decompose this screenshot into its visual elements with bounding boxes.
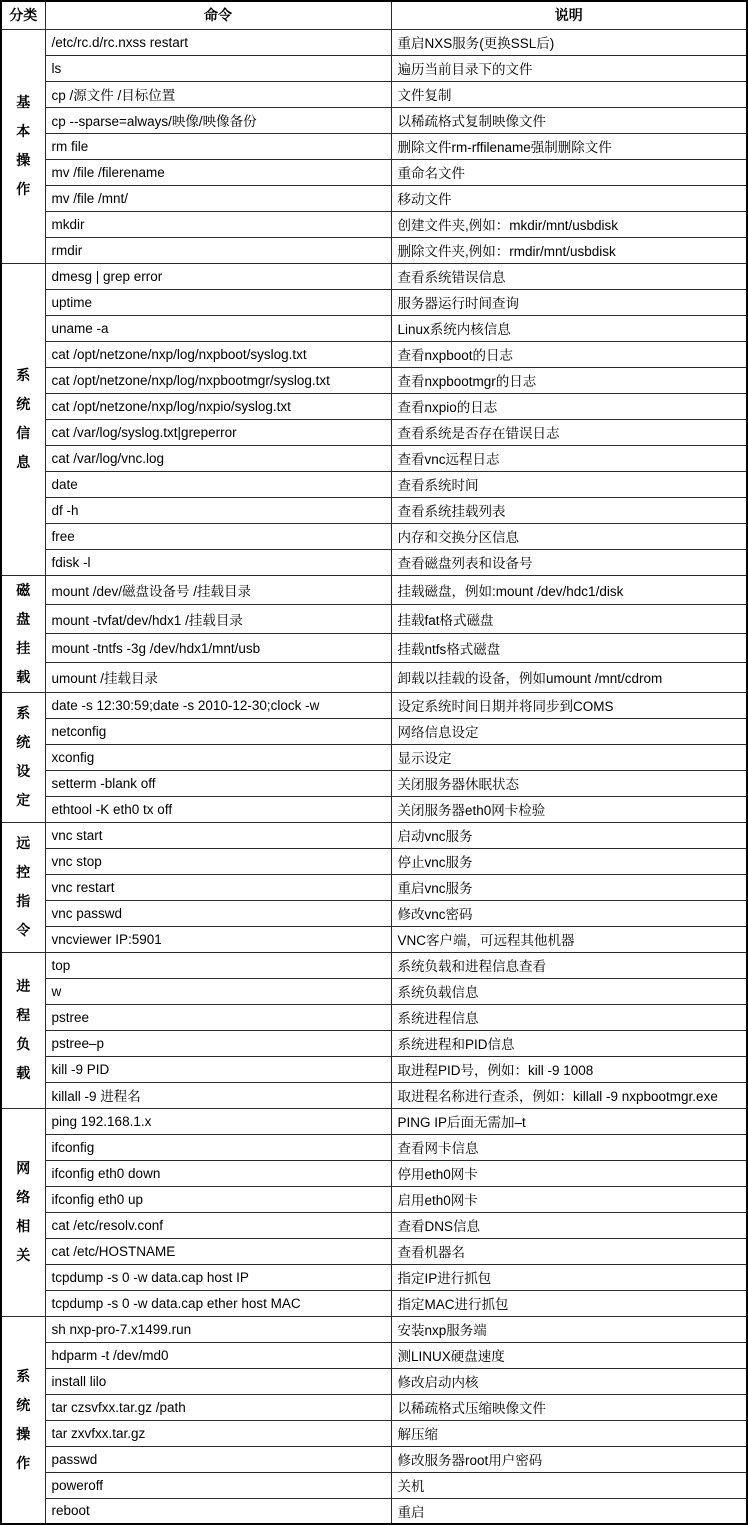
linux-commands-table: 分类 命令 说明 基本操作/etc/rc.d/rc.nxss restart重启… (0, 0, 748, 1525)
table-row: mount -tvfat/dev/hdx1 /挂载目录挂载fat格式磁盘 (1, 604, 747, 633)
table-row: cat /etc/resolv.conf查看DNS信息 (1, 1212, 747, 1238)
table-row: kill -9 PID取进程PID号，例如：kill -9 1008 (1, 1056, 747, 1082)
category-char: 相 (2, 1212, 45, 1241)
description-cell: 取进程名称进行查杀，例如：killall -9 nxpbootmgr.exe (391, 1082, 747, 1108)
description-cell: 测LINUX硬盘速度 (391, 1342, 747, 1368)
command-cell: dmesg | grep error (45, 263, 391, 289)
table-row: vnc passwd修改vnc密码 (1, 900, 747, 926)
description-cell: 系统进程和PID信息 (391, 1030, 747, 1056)
category-char: 操 (2, 1420, 45, 1449)
command-cell: vncviewer IP:5901 (45, 926, 391, 952)
description-cell: 解压缩 (391, 1420, 747, 1446)
description-cell: 重命名文件 (391, 159, 747, 185)
table-row: ifconfig查看网卡信息 (1, 1134, 747, 1160)
command-cell: tcpdump -s 0 -w data.cap host IP (45, 1264, 391, 1290)
table-row: free内存和交换分区信息 (1, 523, 747, 549)
table-body: 基本操作/etc/rc.d/rc.nxss restart重启NXS服务(更换S… (1, 29, 747, 1524)
command-cell: xconfig (45, 744, 391, 770)
description-cell: 删除文件rm-rffilename强制删除文件 (391, 133, 747, 159)
category-char: 统 (2, 1391, 45, 1420)
description-cell: 查看机器名 (391, 1238, 747, 1264)
table-row: 磁盘挂载mount /dev/磁盘设备号 /挂载目录挂载磁盘，例如:mount … (1, 575, 747, 604)
description-cell: 服务器运行时间查询 (391, 289, 747, 315)
category-char: 系 (2, 361, 45, 390)
category-char: 基 (2, 88, 45, 117)
description-cell: 移动文件 (391, 185, 747, 211)
description-cell: 重启vnc服务 (391, 874, 747, 900)
category-cell: 磁盘挂载 (1, 575, 45, 692)
table-row: fdisk -l查看磁盘列表和设备号 (1, 549, 747, 575)
table-row: tar zxvfxx.tar.gz解压缩 (1, 1420, 747, 1446)
table-row: tcpdump -s 0 -w data.cap host IP指定IP进行抓包 (1, 1264, 747, 1290)
table-row: uname -aLinux系统内核信息 (1, 315, 747, 341)
description-cell: 挂载fat格式磁盘 (391, 604, 747, 633)
description-cell: 查看nxpbootmgr的日志 (391, 367, 747, 393)
command-cell: mount /dev/磁盘设备号 /挂载目录 (45, 575, 391, 604)
category-cell: 系统操作 (1, 1316, 45, 1524)
command-cell: free (45, 523, 391, 549)
category-char: 程 (2, 1001, 45, 1030)
command-cell: vnc passwd (45, 900, 391, 926)
description-cell: 重启 (391, 1498, 747, 1524)
table-row: tar czsvfxx.tar.gz /path以稀疏格式压缩映像文件 (1, 1394, 747, 1420)
command-cell: sh nxp-pro-7.x1499.run (45, 1316, 391, 1342)
command-cell: mkdir (45, 211, 391, 237)
command-cell: rm file (45, 133, 391, 159)
command-cell: cat /opt/netzone/nxp/log/nxpboot/syslog.… (45, 341, 391, 367)
table-row: install lilo修改启动内核 (1, 1368, 747, 1394)
command-cell: ethtool -K eth0 tx off (45, 796, 391, 822)
header-row: 分类 命令 说明 (1, 1, 747, 29)
command-cell: mv /file /filerename (45, 159, 391, 185)
description-cell: 系统负载和进程信息查看 (391, 952, 747, 978)
category-char: 设 (2, 757, 45, 786)
category-char: 盘 (2, 605, 45, 634)
description-cell: 关机 (391, 1472, 747, 1498)
table-row: cp --sparse=always/映像/映像备份以稀疏格式复制映像文件 (1, 107, 747, 133)
table-row: pstree系统进程信息 (1, 1004, 747, 1030)
table-row: mv /file /filerename重命名文件 (1, 159, 747, 185)
table-row: vnc stop停止vnc服务 (1, 848, 747, 874)
category-char: 远 (2, 829, 45, 858)
command-cell: hdparm -t /dev/md0 (45, 1342, 391, 1368)
description-cell: 系统负载信息 (391, 978, 747, 1004)
table-row: w系统负载信息 (1, 978, 747, 1004)
table-row: netconfig网络信息设定 (1, 718, 747, 744)
command-cell: umount /挂载目录 (45, 663, 391, 692)
command-cell: install lilo (45, 1368, 391, 1394)
table-row: pstree–p系统进程和PID信息 (1, 1030, 747, 1056)
description-cell: 系统进程信息 (391, 1004, 747, 1030)
command-cell: rmdir (45, 237, 391, 263)
category-cell: 系统设定 (1, 692, 45, 822)
description-cell: 遍历当前目录下的文件 (391, 55, 747, 81)
table-row: cat /var/log/vnc.log查看vnc远程日志 (1, 445, 747, 471)
command-cell: ifconfig eth0 up (45, 1186, 391, 1212)
command-cell: vnc restart (45, 874, 391, 900)
table-row: uptime服务器运行时间查询 (1, 289, 747, 315)
description-cell: Linux系统内核信息 (391, 315, 747, 341)
description-cell: 查看网卡信息 (391, 1134, 747, 1160)
description-cell: 修改启动内核 (391, 1368, 747, 1394)
command-cell: w (45, 978, 391, 1004)
description-cell: 显示设定 (391, 744, 747, 770)
description-cell: 停用eth0网卡 (391, 1160, 747, 1186)
category-char: 控 (2, 858, 45, 887)
command-cell: mount -tvfat/dev/hdx1 /挂载目录 (45, 604, 391, 633)
description-cell: 删除文件夹,例如：rmdir/mnt/usbdisk (391, 237, 747, 263)
table-row: mv /file /mnt/移动文件 (1, 185, 747, 211)
category-char: 本 (2, 117, 45, 146)
description-cell: 启用eth0网卡 (391, 1186, 747, 1212)
command-cell: cat /etc/HOSTNAME (45, 1238, 391, 1264)
table-row: umount /挂载目录卸载以挂载的设备，例如umount /mnt/cdrom (1, 663, 747, 692)
table-row: tcpdump -s 0 -w data.cap ether host MAC指… (1, 1290, 747, 1316)
description-cell: 网络信息设定 (391, 718, 747, 744)
category-char: 作 (2, 175, 45, 204)
description-cell: 设定系统时间日期并将同步到COMS (391, 692, 747, 718)
description-cell: 关闭服务器eth0网卡检验 (391, 796, 747, 822)
description-cell: 修改服务器root用户密码 (391, 1446, 747, 1472)
description-cell: 以稀疏格式复制映像文件 (391, 107, 747, 133)
description-cell: 启动vnc服务 (391, 822, 747, 848)
description-cell: 挂载磁盘，例如:mount /dev/hdc1/disk (391, 575, 747, 604)
table-row: passwd修改服务器root用户密码 (1, 1446, 747, 1472)
command-cell: ls (45, 55, 391, 81)
command-cell: tcpdump -s 0 -w data.cap ether host MAC (45, 1290, 391, 1316)
description-cell: 查看系统错误信息 (391, 263, 747, 289)
category-char: 磁 (2, 576, 45, 605)
table-row: 系统设定date -s 12:30:59;date -s 2010-12-30;… (1, 692, 747, 718)
description-cell: 安装nxp服务端 (391, 1316, 747, 1342)
table-row: rmdir删除文件夹,例如：rmdir/mnt/usbdisk (1, 237, 747, 263)
description-cell: 停止vnc服务 (391, 848, 747, 874)
description-cell: 内存和交换分区信息 (391, 523, 747, 549)
table-row: cat /opt/netzone/nxp/log/nxpboot/syslog.… (1, 341, 747, 367)
description-cell: 取进程PID号，例如：kill -9 1008 (391, 1056, 747, 1082)
command-cell: killall -9 进程名 (45, 1082, 391, 1108)
table-row: rm file删除文件rm-rffilename强制删除文件 (1, 133, 747, 159)
command-cell: /etc/rc.d/rc.nxss restart (45, 29, 391, 55)
table-row: poweroff关机 (1, 1472, 747, 1498)
table-row: mkdir创建文件夹,例如：mkdir/mnt/usbdisk (1, 211, 747, 237)
table-row: 系统操作sh nxp-pro-7.x1499.run安装nxp服务端 (1, 1316, 747, 1342)
category-char: 系 (2, 699, 45, 728)
command-cell: passwd (45, 1446, 391, 1472)
command-cell: cat /var/log/syslog.txt|greperror (45, 419, 391, 445)
table-row: date查看系统时间 (1, 471, 747, 497)
description-cell: 挂载ntfs格式磁盘 (391, 634, 747, 663)
table-row: vnc restart重启vnc服务 (1, 874, 747, 900)
command-cell: ping 192.168.1.x (45, 1108, 391, 1134)
table-row: 网络相关ping 192.168.1.xPING IP后面无需加–t (1, 1108, 747, 1134)
command-cell: reboot (45, 1498, 391, 1524)
description-cell: 卸载以挂载的设备，例如umount /mnt/cdrom (391, 663, 747, 692)
table-row: cat /etc/HOSTNAME查看机器名 (1, 1238, 747, 1264)
category-char: 统 (2, 390, 45, 419)
command-cell: cat /opt/netzone/nxp/log/nxpbootmgr/sysl… (45, 367, 391, 393)
table-row: 基本操作/etc/rc.d/rc.nxss restart重启NXS服务(更换S… (1, 29, 747, 55)
category-char: 系 (2, 1362, 45, 1391)
category-char: 载 (2, 663, 45, 692)
category-char: 息 (2, 448, 45, 477)
column-header-command: 命令 (45, 1, 391, 29)
command-cell: cp /源文件 /目标位置 (45, 81, 391, 107)
table-row: xconfig显示设定 (1, 744, 747, 770)
command-cell: fdisk -l (45, 549, 391, 575)
command-cell: date (45, 471, 391, 497)
description-cell: PING IP后面无需加–t (391, 1108, 747, 1134)
category-cell: 远控指令 (1, 822, 45, 952)
table-row: cat /opt/netzone/nxp/log/nxpio/syslog.tx… (1, 393, 747, 419)
command-cell: mv /file /mnt/ (45, 185, 391, 211)
category-cell: 系统信息 (1, 263, 45, 575)
command-cell: cat /etc/resolv.conf (45, 1212, 391, 1238)
category-char: 统 (2, 728, 45, 757)
column-header-category: 分类 (1, 1, 45, 29)
description-cell: 以稀疏格式压缩映像文件 (391, 1394, 747, 1420)
command-cell: cp --sparse=always/映像/映像备份 (45, 107, 391, 133)
category-char: 挂 (2, 634, 45, 663)
table-row: 远控指令vnc start启动vnc服务 (1, 822, 747, 848)
command-cell: df -h (45, 497, 391, 523)
description-cell: 修改vnc密码 (391, 900, 747, 926)
command-cell: vnc start (45, 822, 391, 848)
category-char: 关 (2, 1241, 45, 1270)
category-char: 作 (2, 1449, 45, 1478)
command-cell: pstree–p (45, 1030, 391, 1056)
description-cell: 指定MAC进行抓包 (391, 1290, 747, 1316)
description-cell: 查看磁盘列表和设备号 (391, 549, 747, 575)
table-row: mount -tntfs -3g /dev/hdx1/mnt/usb挂载ntfs… (1, 634, 747, 663)
description-cell: 指定IP进行抓包 (391, 1264, 747, 1290)
description-cell: 查看DNS信息 (391, 1212, 747, 1238)
category-char: 定 (2, 786, 45, 815)
category-char: 信 (2, 419, 45, 448)
table-row: df -h查看系统挂载列表 (1, 497, 747, 523)
command-cell: mount -tntfs -3g /dev/hdx1/mnt/usb (45, 634, 391, 663)
command-cell: netconfig (45, 718, 391, 744)
description-cell: 关闭服务器休眠状态 (391, 770, 747, 796)
category-cell: 基本操作 (1, 29, 45, 263)
command-cell: cat /opt/netzone/nxp/log/nxpio/syslog.tx… (45, 393, 391, 419)
table-row: cat /var/log/syslog.txt|greperror查看系统是否存… (1, 419, 747, 445)
description-cell: 文件复制 (391, 81, 747, 107)
category-cell: 进程负载 (1, 952, 45, 1108)
table-row: 系统信息dmesg | grep error查看系统错误信息 (1, 263, 747, 289)
table-row: ifconfig eth0 up启用eth0网卡 (1, 1186, 747, 1212)
description-cell: 查看系统是否存在错误日志 (391, 419, 747, 445)
description-cell: 查看系统挂载列表 (391, 497, 747, 523)
command-cell: vnc stop (45, 848, 391, 874)
table-row: reboot重启 (1, 1498, 747, 1524)
linux-command-reference-page: 分类 命令 说明 基本操作/etc/rc.d/rc.nxss restart重启… (0, 0, 748, 1525)
description-cell: 查看系统时间 (391, 471, 747, 497)
category-cell: 网络相关 (1, 1108, 45, 1316)
category-char: 进 (2, 972, 45, 1001)
command-cell: ifconfig eth0 down (45, 1160, 391, 1186)
table-row: cp /源文件 /目标位置文件复制 (1, 81, 747, 107)
category-char: 令 (2, 916, 45, 945)
table-row: ethtool -K eth0 tx off关闭服务器eth0网卡检验 (1, 796, 747, 822)
command-cell: date -s 12:30:59;date -s 2010-12-30;cloc… (45, 692, 391, 718)
table-row: killall -9 进程名取进程名称进行查杀，例如：killall -9 nx… (1, 1082, 747, 1108)
table-row: cat /opt/netzone/nxp/log/nxpbootmgr/sysl… (1, 367, 747, 393)
description-cell: 创建文件夹,例如：mkdir/mnt/usbdisk (391, 211, 747, 237)
category-char: 操 (2, 146, 45, 175)
command-cell: tar czsvfxx.tar.gz /path (45, 1394, 391, 1420)
command-cell: poweroff (45, 1472, 391, 1498)
command-cell: ifconfig (45, 1134, 391, 1160)
command-cell: top (45, 952, 391, 978)
column-header-description: 说明 (391, 1, 747, 29)
description-cell: 重启NXS服务(更换SSL后) (391, 29, 747, 55)
command-cell: cat /var/log/vnc.log (45, 445, 391, 471)
command-cell: uname -a (45, 315, 391, 341)
description-cell: 查看vnc远程日志 (391, 445, 747, 471)
table-row: ls遍历当前目录下的文件 (1, 55, 747, 81)
command-cell: kill -9 PID (45, 1056, 391, 1082)
table-row: ifconfig eth0 down停用eth0网卡 (1, 1160, 747, 1186)
table-row: 进程负载top系统负载和进程信息查看 (1, 952, 747, 978)
table-row: hdparm -t /dev/md0测LINUX硬盘速度 (1, 1342, 747, 1368)
table-row: vncviewer IP:5901VNC客户端，可远程其他机器 (1, 926, 747, 952)
description-cell: 查看nxpboot的日志 (391, 341, 747, 367)
category-char: 载 (2, 1059, 45, 1088)
description-cell: 查看nxpio的日志 (391, 393, 747, 419)
category-char: 指 (2, 887, 45, 916)
table-row: setterm -blank off关闭服务器休眠状态 (1, 770, 747, 796)
category-char: 负 (2, 1030, 45, 1059)
command-cell: uptime (45, 289, 391, 315)
command-cell: tar zxvfxx.tar.gz (45, 1420, 391, 1446)
command-cell: pstree (45, 1004, 391, 1030)
category-char: 网 (2, 1154, 45, 1183)
command-cell: setterm -blank off (45, 770, 391, 796)
category-char: 络 (2, 1183, 45, 1212)
description-cell: VNC客户端，可远程其他机器 (391, 926, 747, 952)
